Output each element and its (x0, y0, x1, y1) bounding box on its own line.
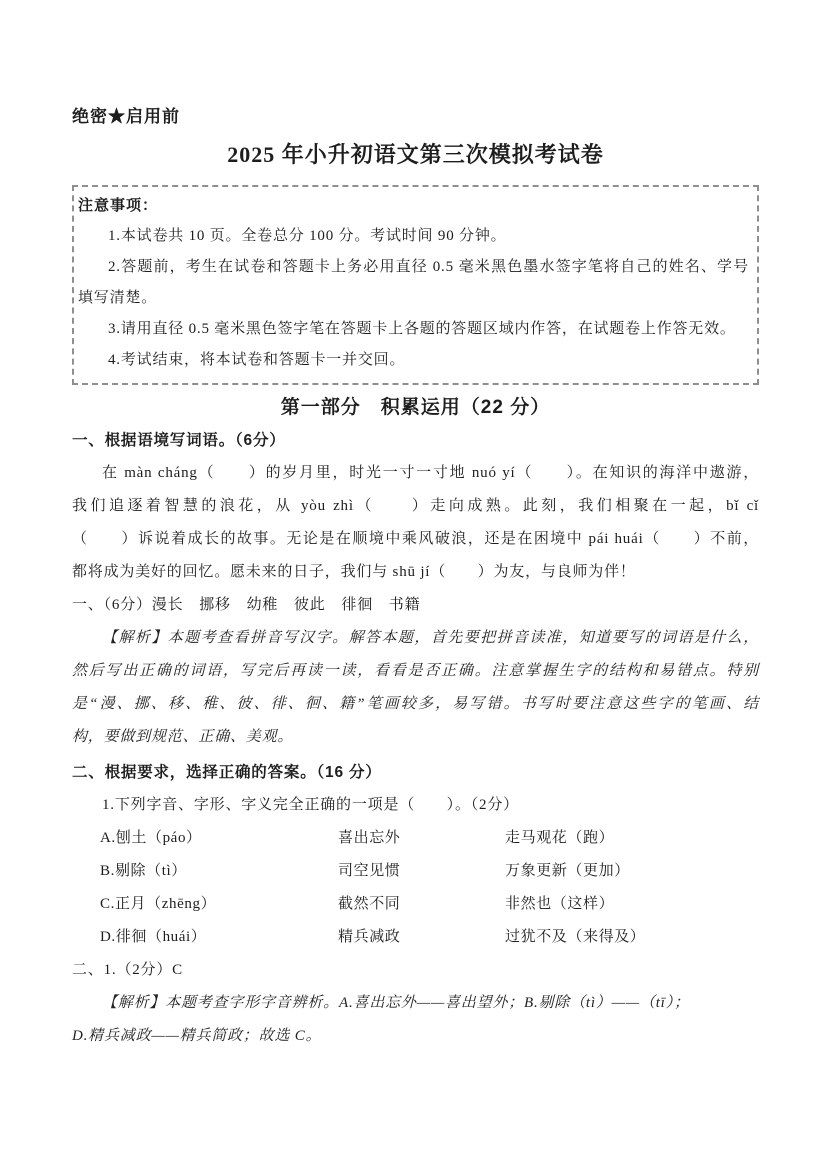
notice-box: 注意事项： 1.本试卷共 10 页。全卷总分 100 分。考试时间 90 分钟。… (72, 185, 759, 385)
q1-analysis-line: 是“漫、挪、移、稚、彼、徘、徊、籍”笔画较多，易写错。书写时要注意这些字的笔画、… (72, 688, 759, 721)
option-a-word: 喜出忘外 (338, 822, 505, 855)
option-c-phrase: 非然也（这样） (505, 888, 759, 921)
q2-answer-line: 二、1.（2分）C (72, 954, 759, 987)
q2-heading: 二、根据要求，选择正确的答案。（16 分） (72, 757, 759, 789)
section-one-heading: 第一部分 积累运用（22 分） (72, 394, 759, 422)
option-d-word: 精兵减政 (338, 921, 505, 954)
q1-passage-line: （ ）诉说着成长的故事。无论是在顺境中乘风破浪，还是在困境中 pái huái（… (72, 523, 759, 556)
option-c-label: C.正月（zhēng） (100, 888, 338, 921)
option-c-word: 截然不同 (338, 888, 505, 921)
notice-item: 2.答题前，考生在试卷和答题卡上务必用直径 0.5 毫米黑色墨水签字笔将自己的姓… (78, 252, 749, 314)
option-b-phrase: 万象更新（更加） (505, 855, 759, 888)
q1-answer-line: 一、（6分）漫长 挪移 幼稚 彼此 徘徊 书籍 (72, 589, 759, 622)
option-a-phrase: 走马观花（跑） (505, 822, 759, 855)
classification-label: 绝密★启用前 (72, 106, 759, 128)
exam-paper-page: 绝密★启用前 2025 年小升初语文第三次模拟考试卷 注意事项： 1.本试卷共 … (0, 0, 827, 1169)
option-d-phrase: 过犹不及（来得及） (505, 921, 759, 954)
exam-title: 2025 年小升初语文第三次模拟考试卷 (72, 141, 759, 169)
option-a-label: A.刨土（páo） (100, 822, 338, 855)
notice-heading: 注意事项： (78, 190, 749, 221)
q2-analysis-line: D.精兵减政——精兵简政；故选 C。 (72, 1020, 759, 1053)
q2-option-grid: A.刨土（páo） 喜出忘外 走马观花（跑） B.剔除（tì） 司空见惯 万象更… (100, 822, 759, 954)
notice-item: 4.考试结束，将本试卷和答题卡一并交回。 (78, 345, 749, 376)
option-d-label: D.徘徊（huái） (100, 921, 338, 954)
q1-passage-line: 我们追逐着智慧的浪花，从 yòu zhì（ ）走向成熟。此刻，我们相聚在一起，b… (72, 490, 759, 523)
option-b-label: B.剔除（tì） (100, 855, 338, 888)
q1-heading: 一、根据语境写词语。（6分） (72, 425, 759, 457)
q1-passage-line: 都将成为美好的回忆。愿未来的日子，我们与 shū jí（ ）为友，与良师为伴！ (72, 556, 759, 589)
notice-item: 3.请用直径 0.5 毫米黑色签字笔在答题卡上各题的答题区域内作答，在试题卷上作… (78, 314, 749, 345)
q1-passage-line: 在 màn cháng（ ）的岁月里，时光一寸一寸地 nuó yí（ ）。在知识… (72, 457, 759, 490)
q2-analysis-line: 【解析】本题考查字形字音辨析。A.喜出忘外——喜出望外；B.剔除（tì）——（t… (72, 987, 759, 1020)
option-b-word: 司空见惯 (338, 855, 505, 888)
q2-item1-stem: 1.下列字音、字形、字义完全正确的一项是（ ）。（2分） (72, 789, 759, 822)
q1-analysis-line: 构，要做到规范、正确、美观。 (72, 721, 759, 754)
q1-analysis-line: 然后写出正确的词语，写完后再读一读，看看是否正确。注意掌握生字的结构和易错点。特… (72, 655, 759, 688)
q1-analysis-line: 【解析】本题考查看拼音写汉字。解答本题，首先要把拼音读准，知道要写的词语是什么， (72, 622, 759, 655)
notice-item: 1.本试卷共 10 页。全卷总分 100 分。考试时间 90 分钟。 (78, 221, 749, 252)
